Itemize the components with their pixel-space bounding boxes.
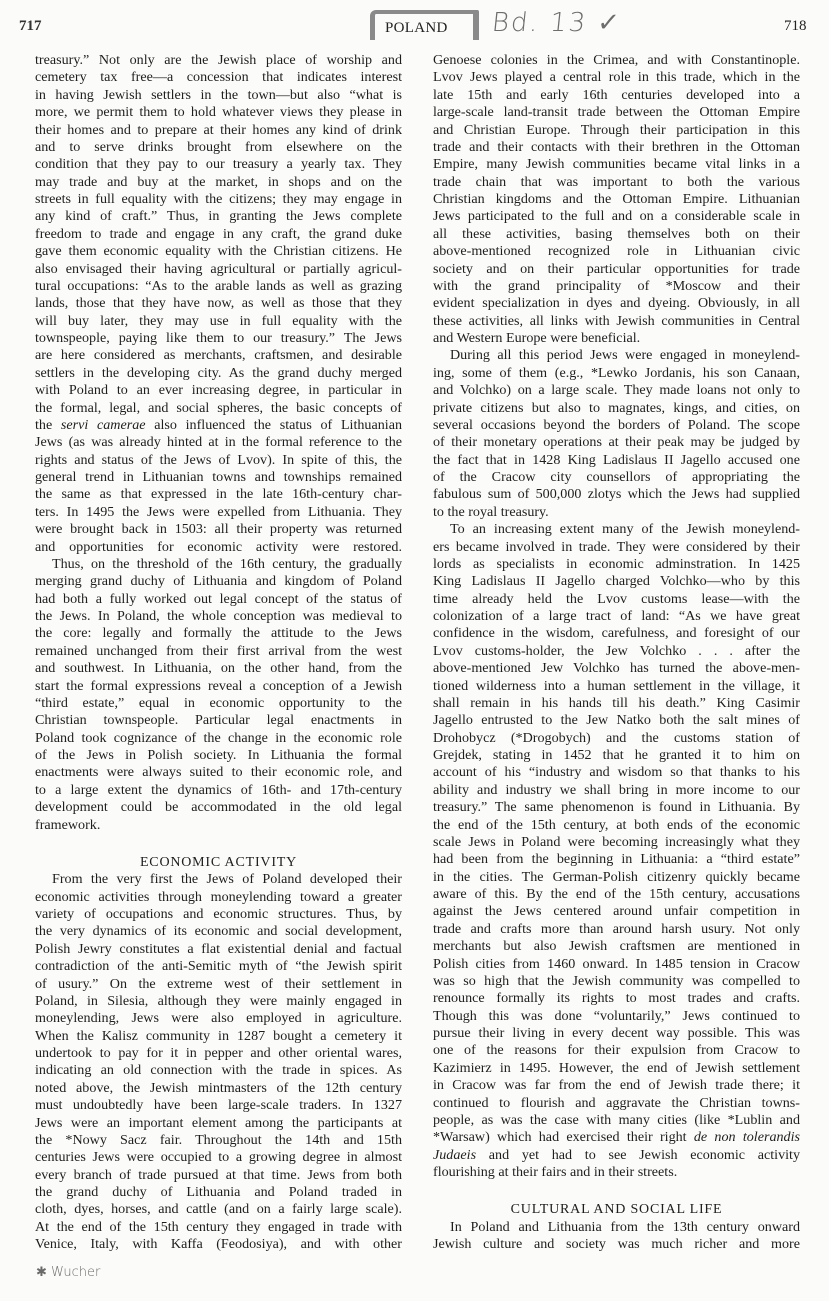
text-line: flourishing at their fairs and in their … — [433, 1164, 800, 1181]
text-line: Judaeis and yet had to see Jewish econom… — [433, 1147, 800, 1164]
text-line: any kind of craft.” Thus, in granting th… — [35, 208, 402, 225]
text-line: pursue their living in every decent way … — [433, 1025, 800, 1042]
text-line: contradiction of the anti-Semitic myth o… — [35, 958, 402, 975]
text-line: cemetery tax free—a concession that indi… — [35, 69, 402, 86]
text-line: gave them economic equality with the Chr… — [35, 243, 402, 260]
text-line: fabulous sum of 500,000 zlotys which the… — [433, 486, 800, 503]
text-line: variety of occupations and economic stru… — [35, 906, 402, 923]
text-line: late 15th and early 16th centuries devel… — [433, 87, 800, 104]
section-heading: CULTURAL AND SOCIAL LIFE — [433, 1201, 800, 1218]
text-line: continued to flourish and aggravate the … — [433, 1095, 800, 1112]
text-line: in Cracow was far from the end of Jewish… — [433, 1077, 800, 1094]
text-line: and Christian Europe. Through their part… — [433, 122, 800, 139]
text-line: Kazimierz in 1495. However, the end of J… — [433, 1060, 800, 1077]
running-title-box: POLAND — [370, 10, 479, 40]
text-line: and opportunities for economic activity … — [35, 539, 402, 556]
text-line: had been from the beginning in Lithuania… — [433, 851, 800, 868]
text-line: all these activities, basing themselves … — [433, 226, 800, 243]
text-line: of usury.” On the extreme west of their … — [35, 976, 402, 993]
text-line: condition that they pay to our treasury … — [35, 156, 402, 173]
text-line: in having Jewish settlers in the town—bu… — [35, 87, 402, 104]
text-line: and southwest. In Lithuania, on the othe… — [35, 660, 402, 677]
text-line: the formal, legal, and social spheres, t… — [35, 400, 402, 417]
text-line: and to serve drinks brought from elsewhe… — [35, 139, 402, 156]
section-heading: ECONOMIC ACTIVITY — [35, 854, 402, 871]
text-line: trade and their contacts with their bret… — [433, 139, 800, 156]
text-line: tural occupations: “As to the arable lan… — [35, 278, 402, 295]
text-line: these activities, all links with Jewish … — [433, 313, 800, 330]
text-line: To an increasing extent many of the Jewi… — [433, 521, 800, 538]
text-line: of the Jews in Polish society. In Lithua… — [35, 747, 402, 764]
page-number-right: 718 — [784, 18, 807, 35]
text-line: the very dynamics of its economic and so… — [35, 923, 402, 940]
handwritten-footnote: ✱ Wucher — [36, 1265, 100, 1280]
text-line: of the Cracow city counsellors of approp… — [433, 469, 800, 486]
text-line: and Volchko) on a large scale. They made… — [433, 382, 800, 399]
text-line: above-mentioned Jew Volchko has turned t… — [433, 660, 800, 677]
text-line: start the formal expressions reveal a co… — [35, 678, 402, 695]
handwritten-volume-note: Bd. 13 ✓ — [490, 8, 622, 38]
text-line: Polish Jewry constitutes a flat existent… — [35, 941, 402, 958]
text-line: ability and industry we shall bring in m… — [433, 782, 800, 799]
text-line: one of the reasons for their expulsion f… — [433, 1042, 800, 1059]
text-line: the end of the 15th century, at both end… — [433, 817, 800, 834]
text-line: Jagello entrusted to the Jew Natko both … — [433, 712, 800, 729]
text-line: moneylending, Jews were also employed in… — [35, 1010, 402, 1027]
text-line: Genoese colonies in the Crimea, and with… — [433, 52, 800, 69]
text-line: ters. In 1495 the Jews were expelled fro… — [35, 504, 402, 521]
text-line: During all this period Jews were engaged… — [433, 347, 800, 364]
text-line: Jews participated to the full and on a c… — [433, 208, 800, 225]
text-line: enactments were always suited to their e… — [35, 764, 402, 781]
running-title: POLAND — [385, 20, 448, 37]
text-line: *Warsaw) which had exercised their right… — [433, 1129, 800, 1146]
text-line: centuries Jews were occupied to a growin… — [35, 1149, 402, 1166]
text-line: undertook to pay for it in pepper and ot… — [35, 1045, 402, 1062]
text-line: From the very first the Jews of Poland d… — [35, 871, 402, 888]
text-line: the grand duchy of Lithuania and Poland … — [35, 1184, 402, 1201]
text-line: Poland, in Silesia, although they were m… — [35, 993, 402, 1010]
italic-term: de non tolerandis — [694, 1129, 800, 1145]
text-line: the Jews. In Poland, the whole conceptio… — [35, 608, 402, 625]
text-line: When the Kalisz community in 1287 bought… — [35, 1028, 402, 1045]
text-line: Poland took cognizance of the change in … — [35, 730, 402, 747]
text-line: merging grand duchy of Lithuania and kin… — [35, 573, 402, 590]
text-line: Jews were an important element among the… — [35, 1115, 402, 1132]
text-line: with Poland to an ever increasing degree… — [35, 382, 402, 399]
text-line: framework. — [35, 817, 402, 834]
text-line: Lvov customs-holder, the Jew Volchko . .… — [433, 643, 800, 660]
text-line: tioned wilderness into a human settlemen… — [433, 678, 800, 695]
text-line: Though this was done “voluntarily,” Jews… — [433, 1008, 800, 1025]
text-line: will buy later, they may use in full equ… — [35, 313, 402, 330]
page-number-left: 717 — [19, 18, 42, 35]
text-line: townspeople, paying like them to our tre… — [35, 330, 402, 347]
text-line: several occasions beyond the borders of … — [433, 417, 800, 434]
text-line: remained unchanged from their first arri… — [35, 643, 402, 660]
text-line: lands, those that they have now, as well… — [35, 295, 402, 312]
text-line: trade chain that was important to both t… — [433, 174, 800, 191]
text-line: are here considered as merchants, crafts… — [35, 347, 402, 364]
text-line: account of his “industry and wisdom so t… — [433, 764, 800, 781]
text-line: was so high that the Jewish community wa… — [433, 973, 800, 990]
text-line: and Western Europe were beneficial. — [433, 330, 800, 347]
text-line: Jews (as was already hinted at in the fo… — [35, 434, 402, 451]
text-line: large-scale land-transit trade between t… — [433, 104, 800, 121]
text-line: Thus, on the threshold of the 16th centu… — [35, 556, 402, 573]
text-line: more, we permit them to hold whatever vi… — [35, 104, 402, 121]
text-line: ers became involved in trade. They were … — [433, 539, 800, 556]
text-line: also envisaged their having agricultural… — [35, 261, 402, 278]
page-header: 717 POLAND Bd. 13 ✓ 718 — [0, 0, 829, 48]
text-line: the same as that expressed in the late 1… — [35, 486, 402, 503]
text-line: were brought back in 1503: all their pro… — [35, 521, 402, 538]
text-line: to a large extent the dynamics of 16th- … — [35, 782, 402, 799]
text-line: freedom to trade and engage in any craft… — [35, 226, 402, 243]
text-line: Christian townspeople. Particular legal … — [35, 712, 402, 729]
text-line: Lvov Jews played a central role in this … — [433, 69, 800, 86]
text-line: economic activities through moneylending… — [35, 889, 402, 906]
text-line: with the grand principality of *Moscow a… — [433, 278, 800, 295]
text-line: the fact that in 1428 King Ladislaus II … — [433, 452, 800, 469]
text-line: treasury.” Not only are the Jewish place… — [35, 52, 402, 69]
text-line: lords as specialists in economic adminst… — [433, 556, 800, 573]
text-line: rights and status of the Jews of Lvov). … — [35, 452, 402, 469]
text-line: trade and crafts more than around harsh … — [433, 921, 800, 938]
text-line: time already held the Lvov customs lease… — [433, 591, 800, 608]
text-line: “third estate,” equal in economic opport… — [35, 695, 402, 712]
text-line: Drohobycz (*Drogobych) and the customs s… — [433, 730, 800, 747]
text-line: Empire, many Jewish communities became v… — [433, 156, 800, 173]
text-line: In Poland and Lithuania from the 13th ce… — [433, 1219, 800, 1236]
text-line: the core: legally and formally the attit… — [35, 625, 402, 642]
text-line: in the cities. The German-Polish citizen… — [433, 869, 800, 886]
text-line: against the Jews centered around unfair … — [433, 903, 800, 920]
text-line: Grejdek, stating in 1452 that he granted… — [433, 747, 800, 764]
section-spacer — [433, 1181, 800, 1201]
italic-term: Judaeis — [433, 1147, 476, 1163]
text-line: Venice, Italy, with Kaffa (Feodosiya), a… — [35, 1236, 402, 1253]
text-line: may trade and buy at the market, in shop… — [35, 174, 402, 191]
text-line: merchants but also Jewish craftsmen are … — [433, 938, 800, 955]
text-line: people, as was the case with many cities… — [433, 1112, 800, 1129]
text-line: renounce formally its rights to most tra… — [433, 990, 800, 1007]
italic-term: servi camerae — [61, 417, 146, 433]
text-line: noted above, the Jewish mintmasters of t… — [35, 1080, 402, 1097]
text-line: general trend in Lithuanian towns and to… — [35, 469, 402, 486]
section-spacer — [35, 834, 402, 854]
text-line: confidence in the wisdom, carefulness, a… — [433, 625, 800, 642]
text-line: the servi camerae also influenced the st… — [35, 417, 402, 434]
text-line: ing, some of them (e.g., *Lewko Jordanis… — [433, 365, 800, 382]
text-line: their homes and to prepare at their home… — [35, 122, 402, 139]
text-line: private citizens but also to magnates, k… — [433, 400, 800, 417]
text-line: aware of this. By the end of the 15th ce… — [433, 886, 800, 903]
left-column: treasury.” Not only are the Jewish place… — [35, 52, 402, 1254]
text-line: of their monetary operations at their pe… — [433, 434, 800, 451]
text-line: treasury.” The same phenomenon is found … — [433, 799, 800, 816]
text-line: At the end of the 15th century they enga… — [35, 1219, 402, 1236]
text-line: King Ladislaus II Jagello charged Volchk… — [433, 573, 800, 590]
text-line: above-mentioned recognized role in Lithu… — [433, 243, 800, 260]
text-line: society and on their particular opportun… — [433, 261, 800, 278]
text-line: Christian kingdoms and the Ottoman Empir… — [433, 191, 800, 208]
text-line: had both a fully worked out legal concep… — [35, 591, 402, 608]
text-line: scale Jews in Poland were becoming incre… — [433, 834, 800, 851]
text-line: to the royal treasury. — [433, 504, 800, 521]
text-line: every branch of trade pursued at that ti… — [35, 1167, 402, 1184]
text-line: settlers in the developing city. As the … — [35, 365, 402, 382]
text-line: evident specialization in dyes and dyein… — [433, 295, 800, 312]
text-line: colonization of a large tract of land: “… — [433, 608, 800, 625]
text-line: the *Nowy Sacz fair. Throughout the 14th… — [35, 1132, 402, 1149]
right-column: Genoese colonies in the Crimea, and with… — [433, 52, 800, 1254]
text-line: indicating an old connection with the tr… — [35, 1062, 402, 1079]
text-line: cloth, dyes, horses, and cattle (and on … — [35, 1201, 402, 1218]
text-line: streets in full equality with the citize… — [35, 191, 402, 208]
text-line: must undoubtedly have been large-scale t… — [35, 1097, 402, 1114]
text-line: development could be accommodated in the… — [35, 799, 402, 816]
text-line: shall remain in his hands till his death… — [433, 695, 800, 712]
text-line: Jewish culture and society was much rich… — [433, 1236, 800, 1253]
text-line: Polish cities from 1460 onward. In 1485 … — [433, 956, 800, 973]
